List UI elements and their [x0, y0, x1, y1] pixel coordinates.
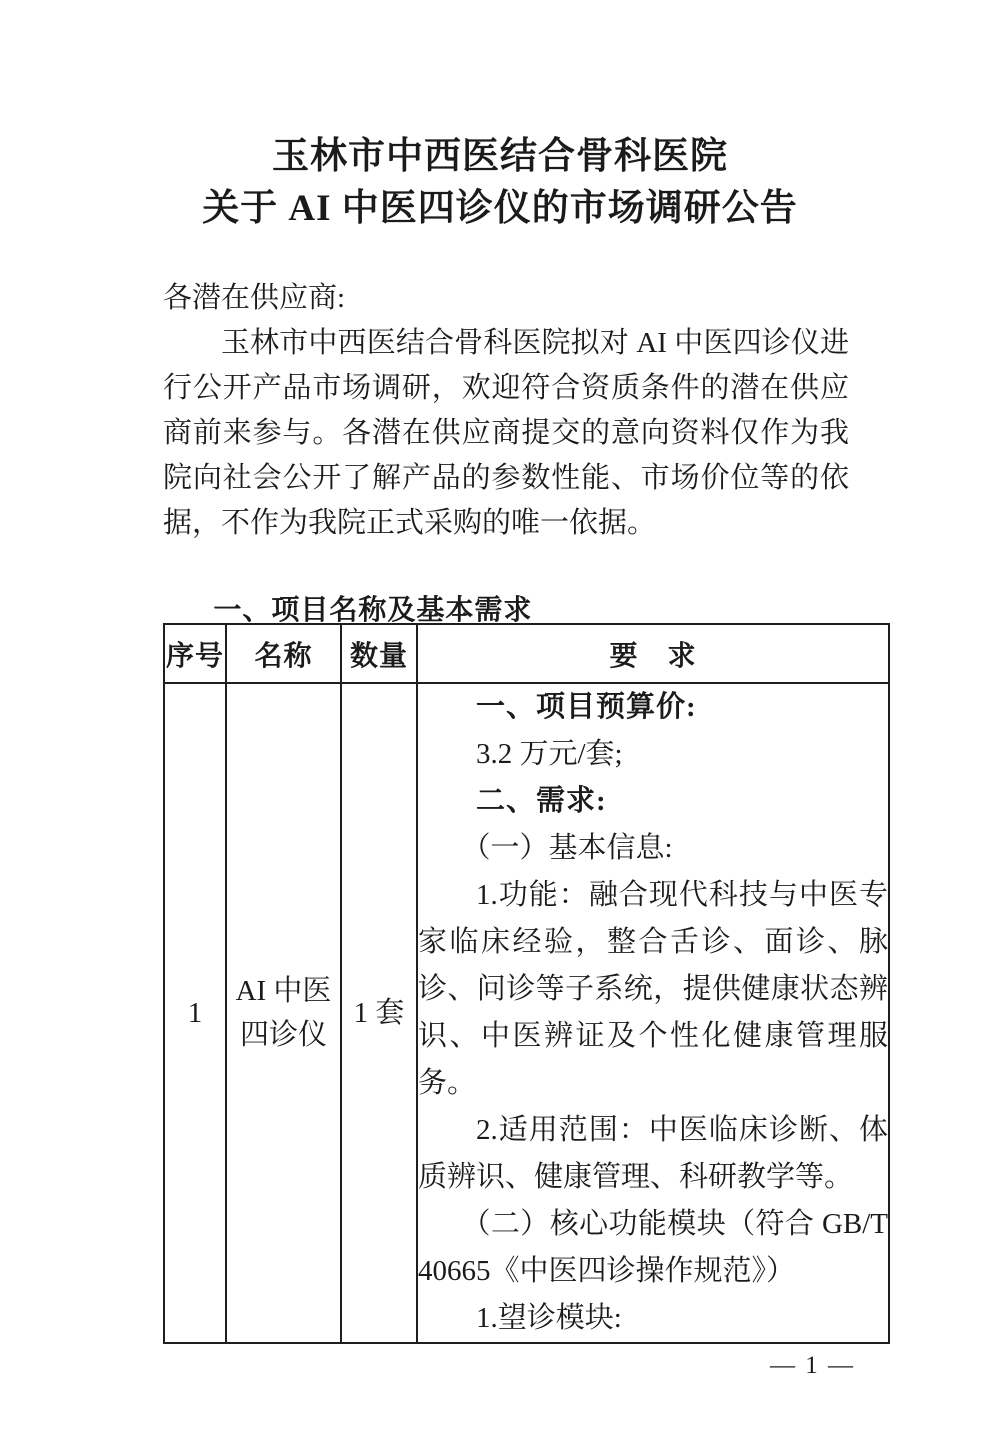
cell-index: 1 — [164, 683, 226, 1343]
section-heading: 一、项目名称及基本需求 — [163, 588, 880, 628]
req-inspection-module: 1.望诊模块: — [418, 1295, 888, 1342]
page-number: — 1 — — [0, 1352, 855, 1380]
header-index: 序号 — [164, 624, 226, 683]
header-quantity: 数量 — [341, 624, 417, 683]
header-requirements: 要 求 — [417, 624, 889, 683]
intro-block: 各潜在供应商: 玉林市中西医结合骨科医院拟对 AI 中医四诊仪进行公开产品市场调… — [163, 276, 849, 546]
req-function: 1.功能：融合现代科技与中医专家临床经验，整合舌诊、面诊、脉诊、问诊等子系统，提… — [418, 872, 888, 1107]
intro-paragraph: 玉林市中西医结合骨科医院拟对 AI 中医四诊仪进行公开产品市场调研，欢迎符合资质… — [163, 321, 849, 546]
table-header-row: 序号 名称 数量 要 求 — [164, 624, 889, 683]
req-demand-heading: 二、需求: — [418, 778, 888, 825]
requirements-table: 序号 名称 数量 要 求 1 AI 中医四诊仪 1 套 一、项目预算价: 3.2… — [163, 623, 890, 1344]
req-core-modules-heading: （二）核心功能模块（符合 GB/T 40665《中医四诊操作规范》） — [418, 1201, 888, 1295]
document-title: 玉林市中西医结合骨科医院 关于 AI 中医四诊仪的市场调研公告 — [0, 131, 1000, 235]
req-scope: 2.适用范围：中医临床诊断、体质辨识、健康管理、科研教学等。 — [418, 1107, 888, 1201]
cell-quantity: 1 套 — [341, 683, 417, 1343]
salutation: 各潜在供应商: — [163, 276, 849, 321]
table-row: 1 AI 中医四诊仪 1 套 一、项目预算价: 3.2 万元/套; 二、需求: … — [164, 683, 889, 1343]
cell-name: AI 中医四诊仪 — [226, 683, 341, 1343]
header-name: 名称 — [226, 624, 341, 683]
title-line-2: 关于 AI 中医四诊仪的市场调研公告 — [0, 183, 1000, 235]
title-line-1: 玉林市中西医结合骨科医院 — [0, 131, 1000, 183]
document-page: 玉林市中西医结合骨科医院 关于 AI 中医四诊仪的市场调研公告 各潜在供应商: … — [0, 0, 1000, 1449]
req-basic-info-heading: （一）基本信息: — [418, 825, 888, 872]
req-budget-value: 3.2 万元/套; — [418, 731, 888, 778]
req-budget-heading: 一、项目预算价: — [418, 684, 888, 731]
cell-requirements: 一、项目预算价: 3.2 万元/套; 二、需求: （一）基本信息: 1.功能：融… — [417, 683, 889, 1343]
